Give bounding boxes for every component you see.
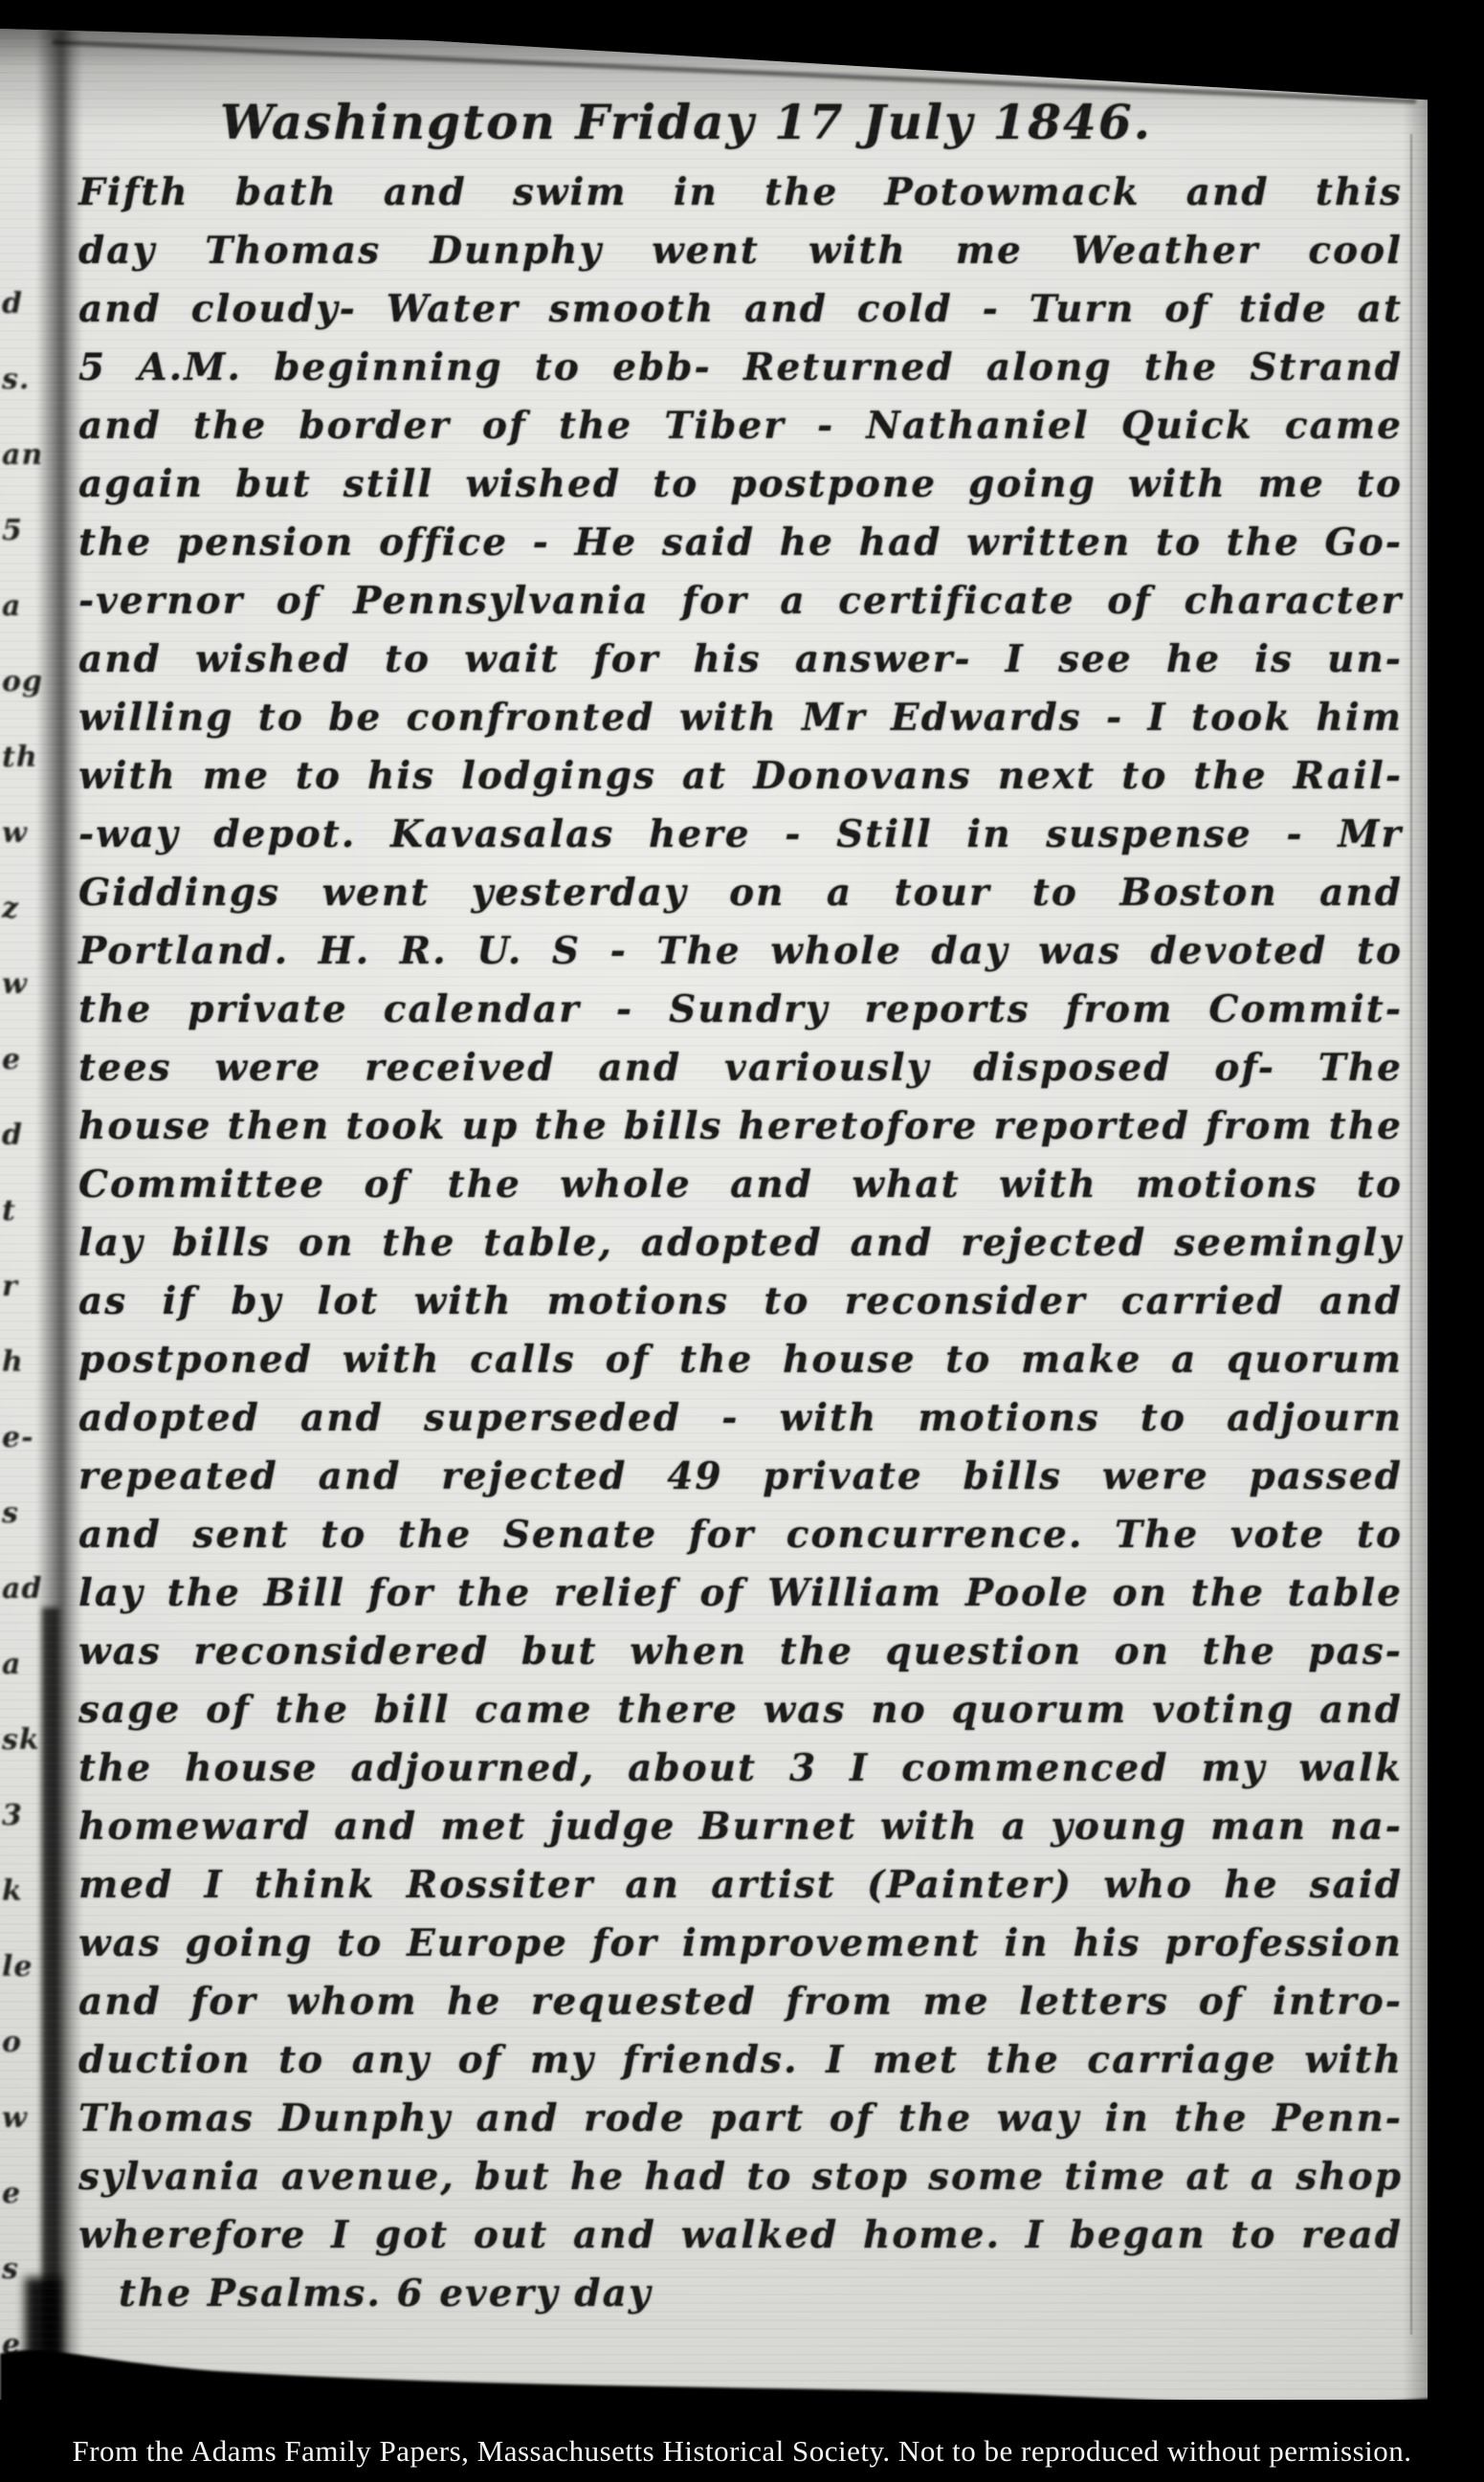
manuscript-line: the house adjourned, about 3 I commenced… [78,1740,1403,1798]
manuscript-line: tees were received and variously dispose… [78,1039,1403,1097]
manuscript-line: as if by lot with motions to reconsider … [78,1273,1403,1331]
ink-fragment: e [2,2177,21,2210]
manuscript-line: and sent to the Senate for concurrence. … [78,1506,1403,1564]
manuscript-line: -vernor of Pennsylvania for a certificat… [78,572,1403,631]
ink-fragment: t [2,1194,16,1228]
manuscript-line: lay the Bill for the relief of William P… [78,1564,1403,1623]
ink-fragment: th [2,741,38,774]
ink-fragment: h [2,1345,24,1379]
ink-fragment: k [2,1874,23,1908]
ink-fragment: w [2,2101,28,2135]
ink-fragment: og [2,665,43,698]
ink-fragment: le [2,1950,33,1983]
manuscript-line: repeated and rejected 49 private bills w… [78,1448,1403,1506]
ink-fragment: z [2,892,19,925]
ink-fragment: o [2,2026,22,2059]
manuscript-line: homeward and met judge Burnet with a you… [78,1798,1403,1856]
manuscript-line: Fifth bath and swim in the Potowmack and… [78,164,1403,222]
manuscript-line: Giddings went yesterday on a tour to Bos… [78,864,1403,922]
manuscript-line: and wished to wait for his answer- I see… [78,631,1403,689]
page-edge-line [1410,134,1412,2335]
manuscript-line: Portland. H. R. U. S - The whole day was… [78,922,1403,981]
manuscript-line: lay bills on the table, adopted and reje… [78,1214,1403,1273]
ink-fragment: 5 [2,514,23,547]
ink-fragment: r [2,1270,18,1303]
manuscript-line: and the border of the Tiber - Nathaniel … [78,397,1403,455]
ink-fragment: d [2,287,23,321]
manuscript-line: duction to any of my friends. I met the … [78,2031,1403,2090]
manuscript-line: with me to his lodgings at Donovans next… [78,747,1403,806]
photo-frame: ds.an5aogthwzwedtrhe-sadask3kleowese Was… [0,0,1484,2482]
ink-fragment: sk [2,1723,40,1757]
ink-fragment: w [2,816,28,850]
manuscript-line: willing to be confronted with Mr Edwards… [78,689,1403,747]
credit-line: From the Adams Family Papers, Massachuse… [0,2430,1484,2482]
manuscript-line: -way depot. Kavasalas here - Still in su… [78,806,1403,864]
ink-fragment: e [2,1043,21,1076]
ink-fragment: s [2,1496,19,1530]
manuscript-line: the Psalms. 6 every day [78,2265,1403,2323]
ink-fragment: a [2,589,21,623]
entry-heading: Washington Friday 17 July 1846. [220,94,1124,150]
ink-fragment: a [2,1648,21,1681]
ink-fragment: an [2,438,43,472]
ink-fragment: w [2,967,28,1001]
manuscript-line: 5 A.M. beginning to ebb- Returned along … [78,339,1403,397]
manuscript-line: med I think Rossiter an artist (Painter)… [78,1856,1403,1915]
manuscript-line: wherefore I got out and walked home. I b… [78,2206,1403,2265]
manuscript-line: and for whom he requested from me letter… [78,1973,1403,2031]
facing-page-edge: ds.an5aogthwzwedtrhe-sadask3kleowese [0,29,38,2400]
book-gutter-shadow [36,29,82,2400]
manuscript-line: the private calendar - Sundry reports fr… [78,981,1403,1039]
manuscript-lines: Fifth bath and swim in the Potowmack and… [78,164,1403,2323]
ink-fragment: e- [2,1421,34,1454]
manuscript-line: adopted and superseded - with motions to… [78,1389,1403,1448]
ink-fragment: 3 [2,1799,23,1832]
book-gutter-line [42,1607,59,2354]
manuscript-line: Committee of the whole and what with mot… [78,1156,1403,1214]
manuscript-line: and cloudy- Water smooth and cold - Turn… [78,280,1403,339]
ink-fragment: ad [2,1572,42,1606]
manuscript-text: Washington Friday 17 July 1846. Fifth ba… [78,94,1403,2323]
manuscript-line: sylvania avenue, but he had to stop some… [78,2148,1403,2206]
ink-fragment: s. [2,363,30,396]
manuscript-line: was reconsidered but when the question o… [78,1623,1403,1681]
manuscript-line: the pension office - He said he had writ… [78,514,1403,572]
manuscript-line: Thomas Dunphy and rode part of the way i… [78,2090,1403,2148]
manuscript-line: day Thomas Dunphy went with me Weather c… [78,222,1403,280]
manuscript-line: was going to Europe for improvement in h… [78,1915,1403,1973]
manuscript-line: house then took up the bills heretofore … [78,1097,1403,1156]
ink-fragment: s [2,2252,19,2286]
page-right-shading [1403,29,1428,2400]
ink-fragment: d [2,1119,23,1152]
manuscript-line: again but still wished to postpone going… [78,455,1403,514]
manuscript-page: ds.an5aogthwzwedtrhe-sadask3kleowese Was… [0,29,1428,2400]
manuscript-line: sage of the bill came there was no quoru… [78,1681,1403,1740]
manuscript-line: postponed with calls of the house to mak… [78,1331,1403,1389]
